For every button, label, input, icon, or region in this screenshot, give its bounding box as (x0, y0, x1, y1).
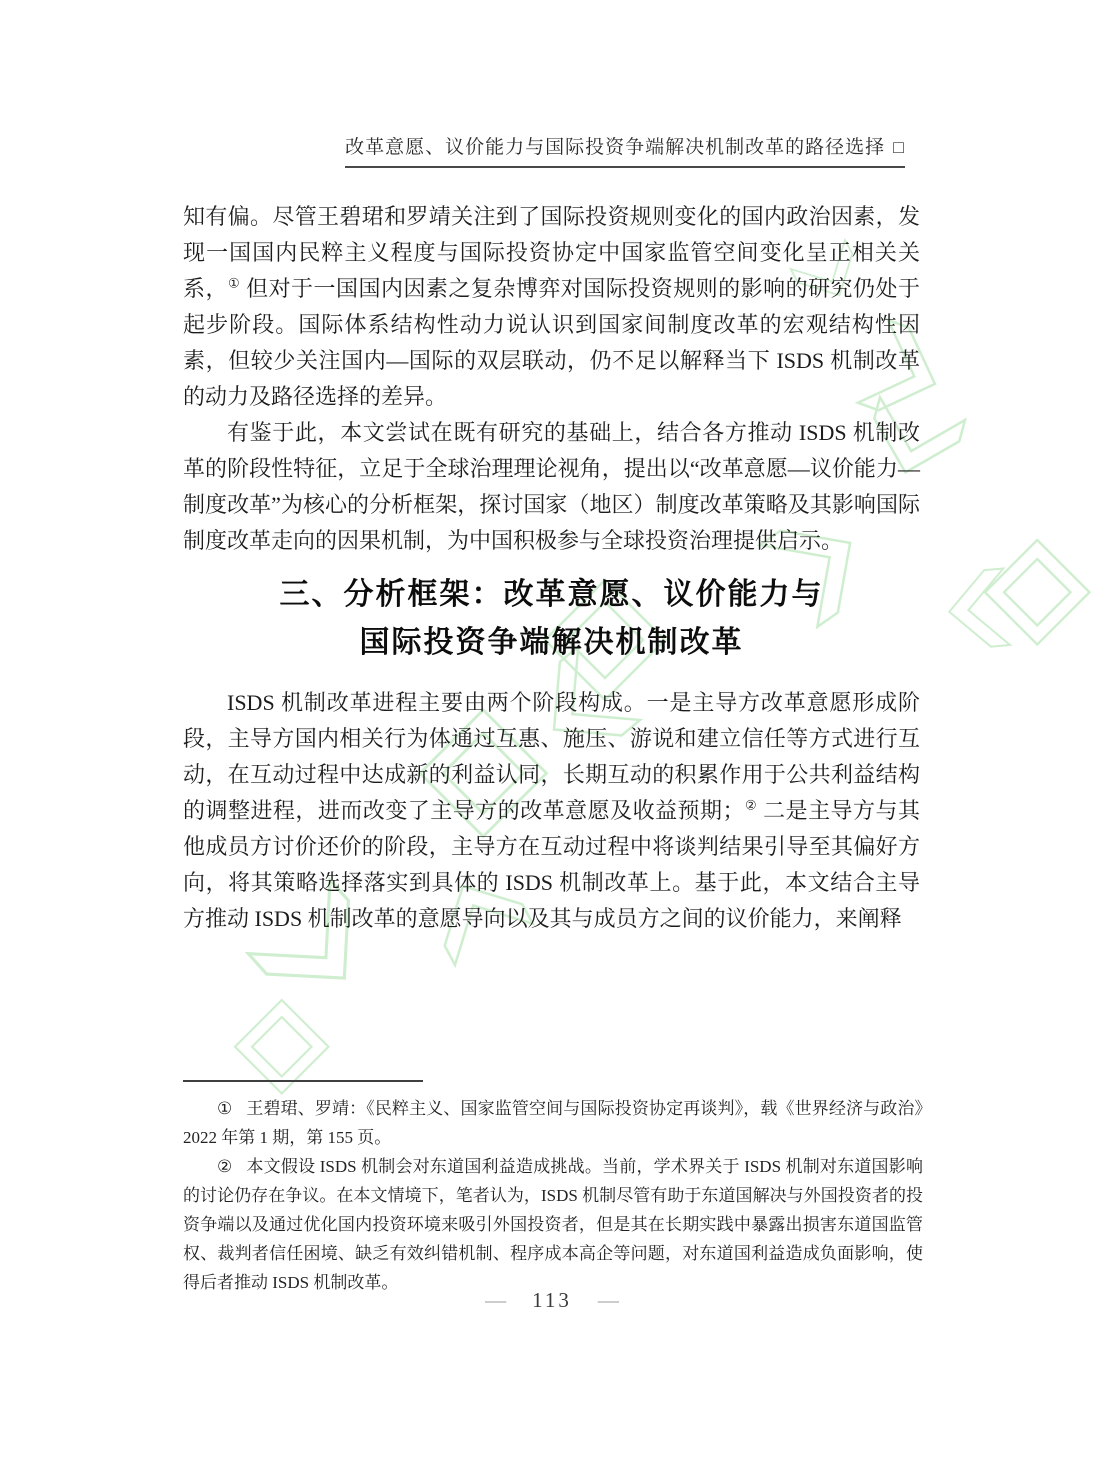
footnote-ref-1: ① (228, 276, 240, 291)
footer-left-dash: — (485, 1288, 506, 1312)
footnote-1: ①王碧珺、罗靖：《民粹主义、国家监管空间与国际投资协定再谈判》，载《世界经济与政… (183, 1094, 923, 1152)
section-heading: 三、分析框架：改革意愿、议价能力与 国际投资争端解决机制改革 (183, 571, 920, 667)
running-header-title: 改革意愿、议价能力与国际投资争端解决机制改革的路径选择 (345, 137, 885, 158)
footnote-1-marker: ① (217, 1099, 232, 1118)
footer-right-dash: — (598, 1288, 619, 1312)
section-heading-line-1: 三、分析框架：改革意愿、议价能力与 (183, 571, 920, 619)
paragraph-1-text-cont: 但对于一国国内因素之复杂博弈对国际投资规则的影响的研究仍处于起步阶段。国际体系结… (183, 276, 920, 409)
footnote-2-marker: ② (217, 1157, 232, 1176)
page-number: 113 (532, 1288, 572, 1312)
footnote-separator (183, 1080, 423, 1082)
section-heading-line-2: 国际投资争端解决机制改革 (183, 619, 920, 667)
main-text: 知有偏。尽管王碧珺和罗靖关注到了国际投资规则变化的国内政治因素，发现一国国内民粹… (183, 199, 920, 937)
paragraph-3: ISDS 机制改革进程主要由两个阶段构成。一是主导方改革意愿形成阶段，主导方国内… (183, 685, 920, 937)
footnotes: ①王碧珺、罗靖：《民粹主义、国家监管空间与国际投资协定再谈判》，载《世界经济与政… (183, 1094, 923, 1297)
footnote-2-text: 本文假设 ISDS 机制会对东道国利益造成挑战。当前，学术界关于 ISDS 机制… (183, 1157, 923, 1292)
paragraph-2: 有鉴于此，本文尝试在既有研究的基础上，结合各方推动 ISDS 机制改革的阶段性特… (183, 415, 920, 559)
running-header: 改革意愿、议价能力与国际投资争端解决机制改革的路径选择□ (345, 132, 905, 168)
footnote-2: ②本文假设 ISDS 机制会对东道国利益造成挑战。当前，学术界关于 ISDS 机… (183, 1152, 923, 1297)
footnote-1-text: 王碧珺、罗靖：《民粹主义、国家监管空间与国际投资协定再谈判》，载《世界经济与政治… (183, 1099, 923, 1147)
page: { "header": { "title": "改革意愿、议价能力与国际投资争端… (0, 0, 1104, 1476)
page-footer: —113— (0, 1288, 1104, 1313)
page-content: 改革意愿、议价能力与国际投资争端解决机制改革的路径选择□ 知有偏。尽管王碧珺和罗… (0, 0, 1104, 1476)
paragraph-1: 知有偏。尽管王碧珺和罗靖关注到了国际投资规则变化的国内政治因素，发现一国国内民粹… (183, 199, 920, 415)
header-box-glyph: □ (893, 137, 905, 157)
footnote-ref-2: ② (745, 798, 758, 813)
